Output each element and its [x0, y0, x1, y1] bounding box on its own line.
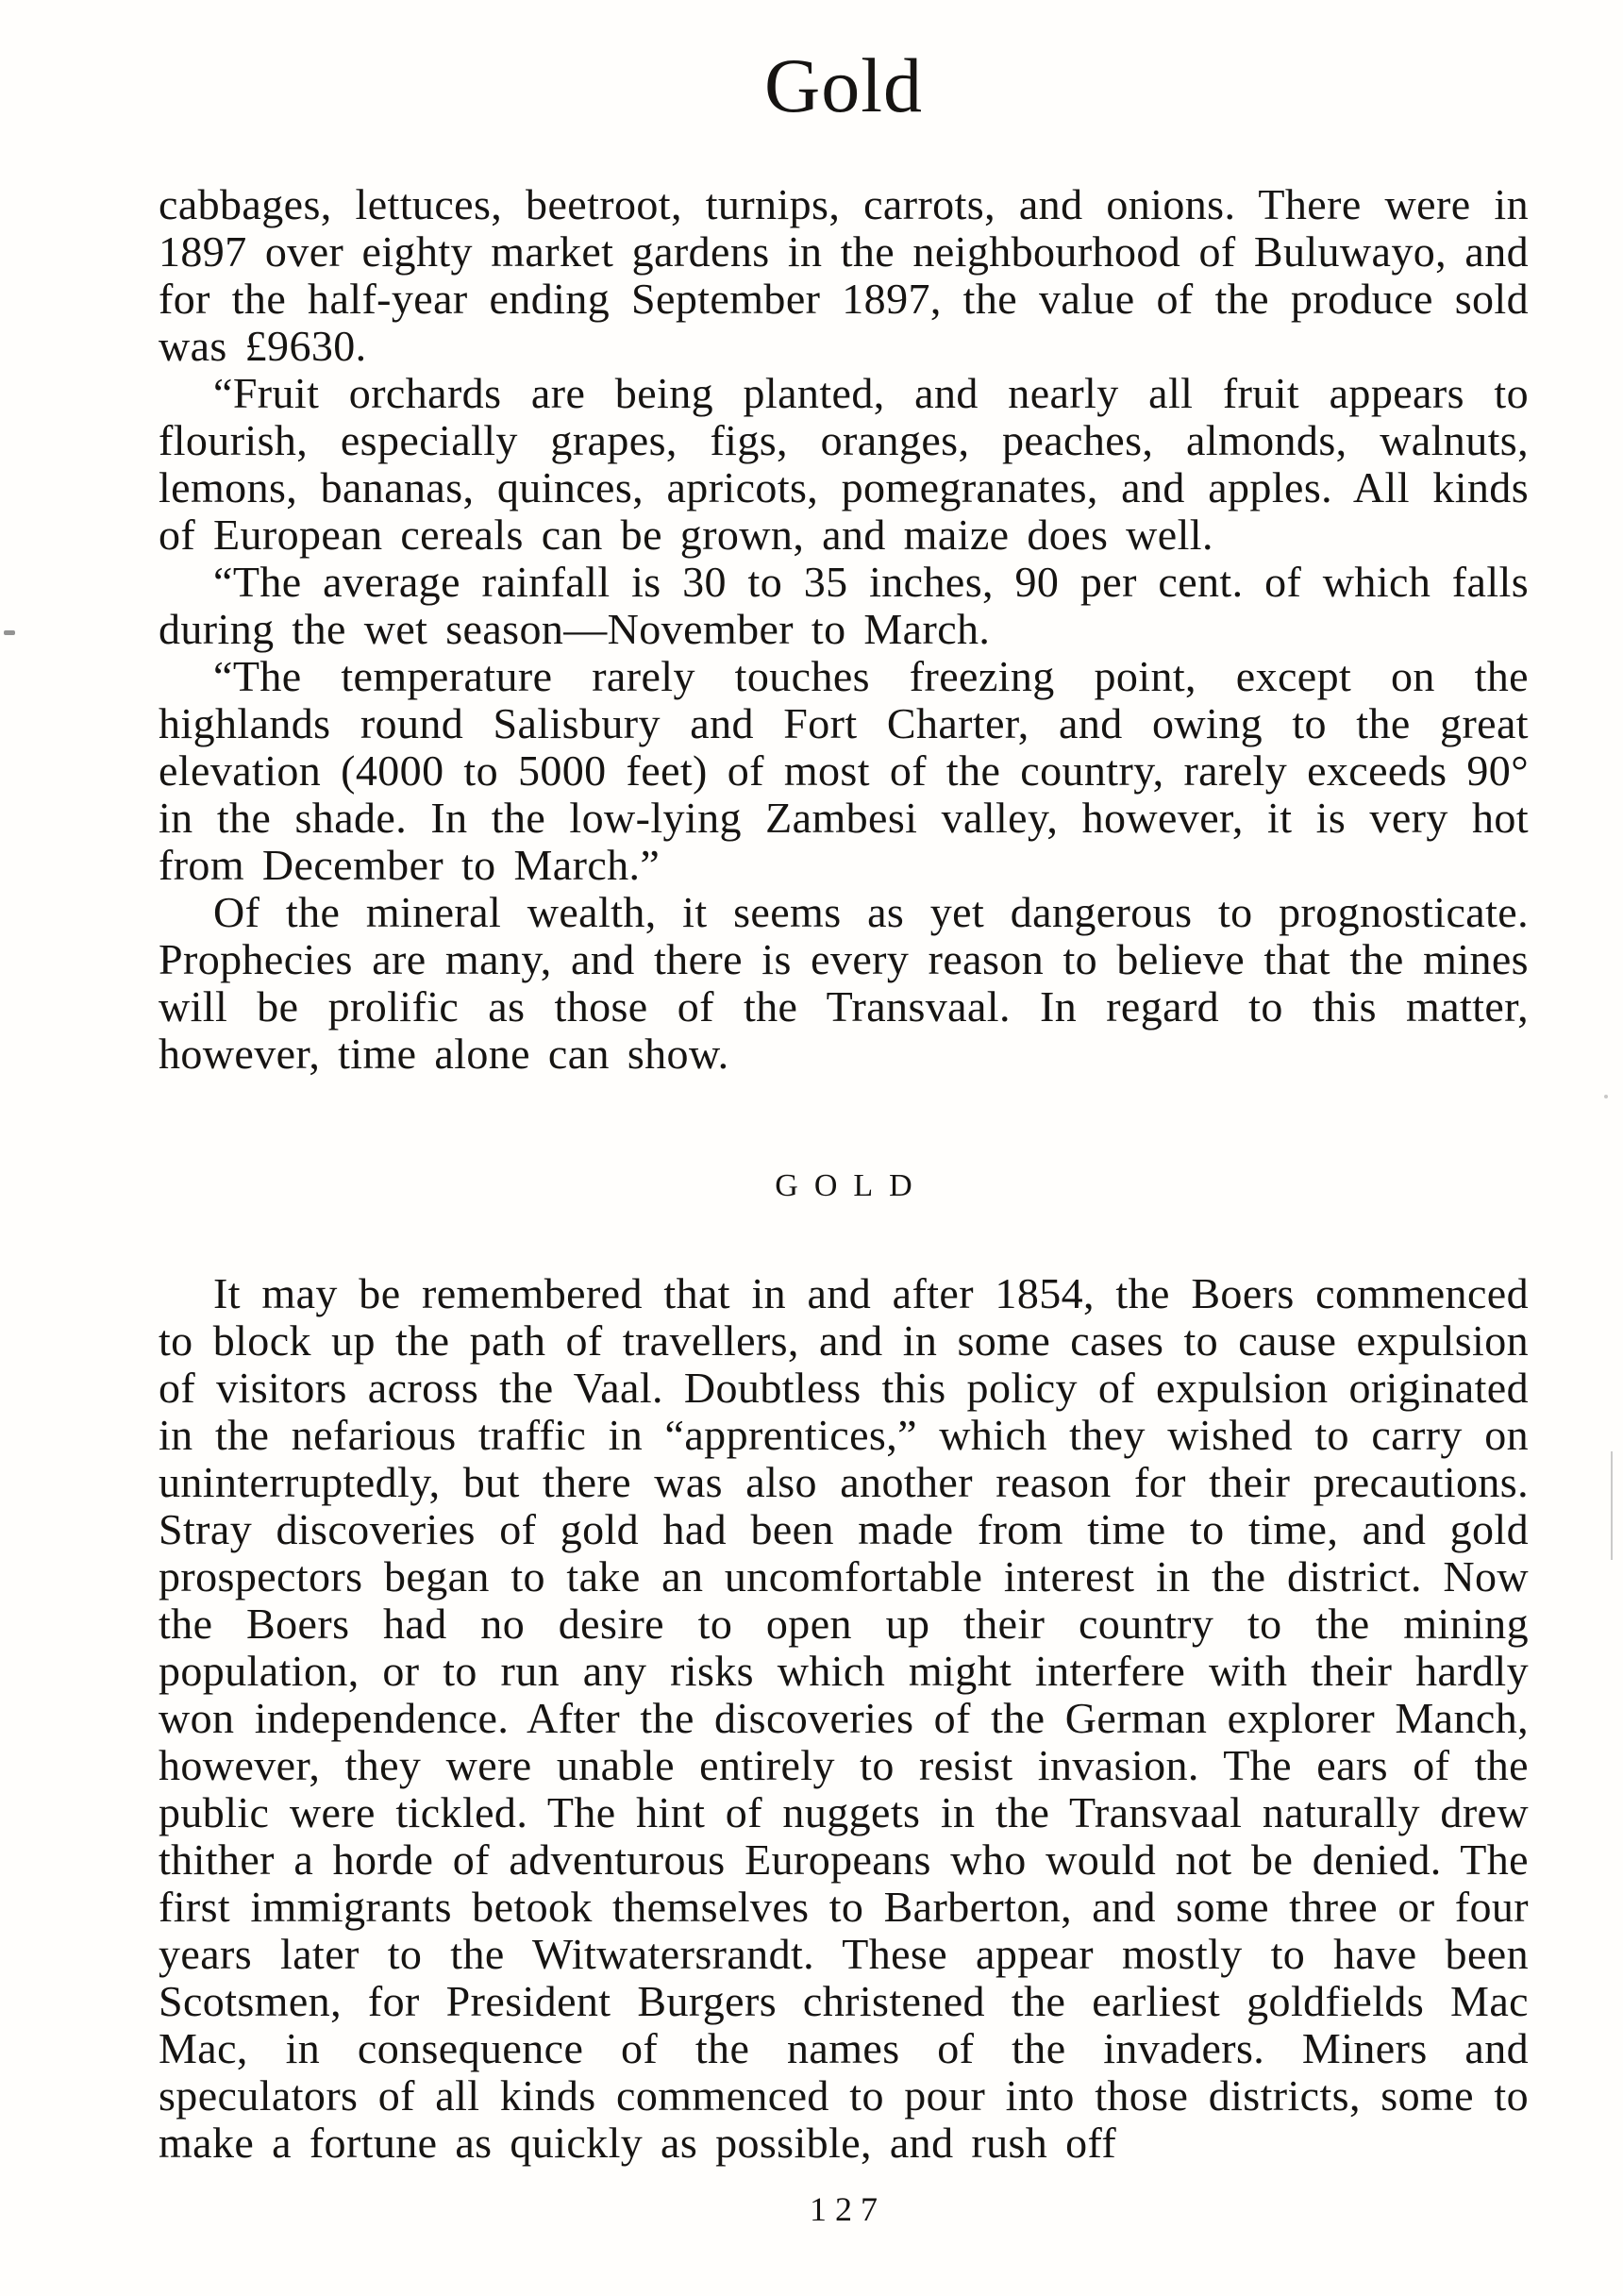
paragraph-fruit-orchards: “Fruit orchards are being planted, and n…	[159, 370, 1529, 559]
paragraph-temperature: “The temperature rarely touches freezing…	[159, 653, 1529, 889]
body-text: cabbages, lettuces, beetroot, turnips, c…	[159, 181, 1529, 2229]
scan-artifact	[1611, 1451, 1613, 1560]
book-page: Gold cabbages, lettuces, beetroot, turni…	[0, 0, 1623, 2296]
scan-artifact	[1604, 1095, 1608, 1098]
paragraph-continuation: cabbages, lettuces, beetroot, turnips, c…	[159, 181, 1529, 370]
scan-artifact	[4, 630, 15, 635]
page-number: 127	[159, 2189, 1529, 2229]
section-heading-gold: GOLD	[159, 1168, 1529, 1204]
paragraph-mineral-wealth: Of the mineral wealth, it seems as yet d…	[159, 889, 1529, 1078]
text-column: Gold cabbages, lettuces, beetroot, turni…	[159, 0, 1529, 2229]
page-title: Gold	[159, 43, 1529, 128]
paragraph-boers-gold: It may be remembered that in and after 1…	[159, 1270, 1529, 2167]
paragraph-rainfall: “The average rainfall is 30 to 35 inches…	[159, 559, 1529, 653]
